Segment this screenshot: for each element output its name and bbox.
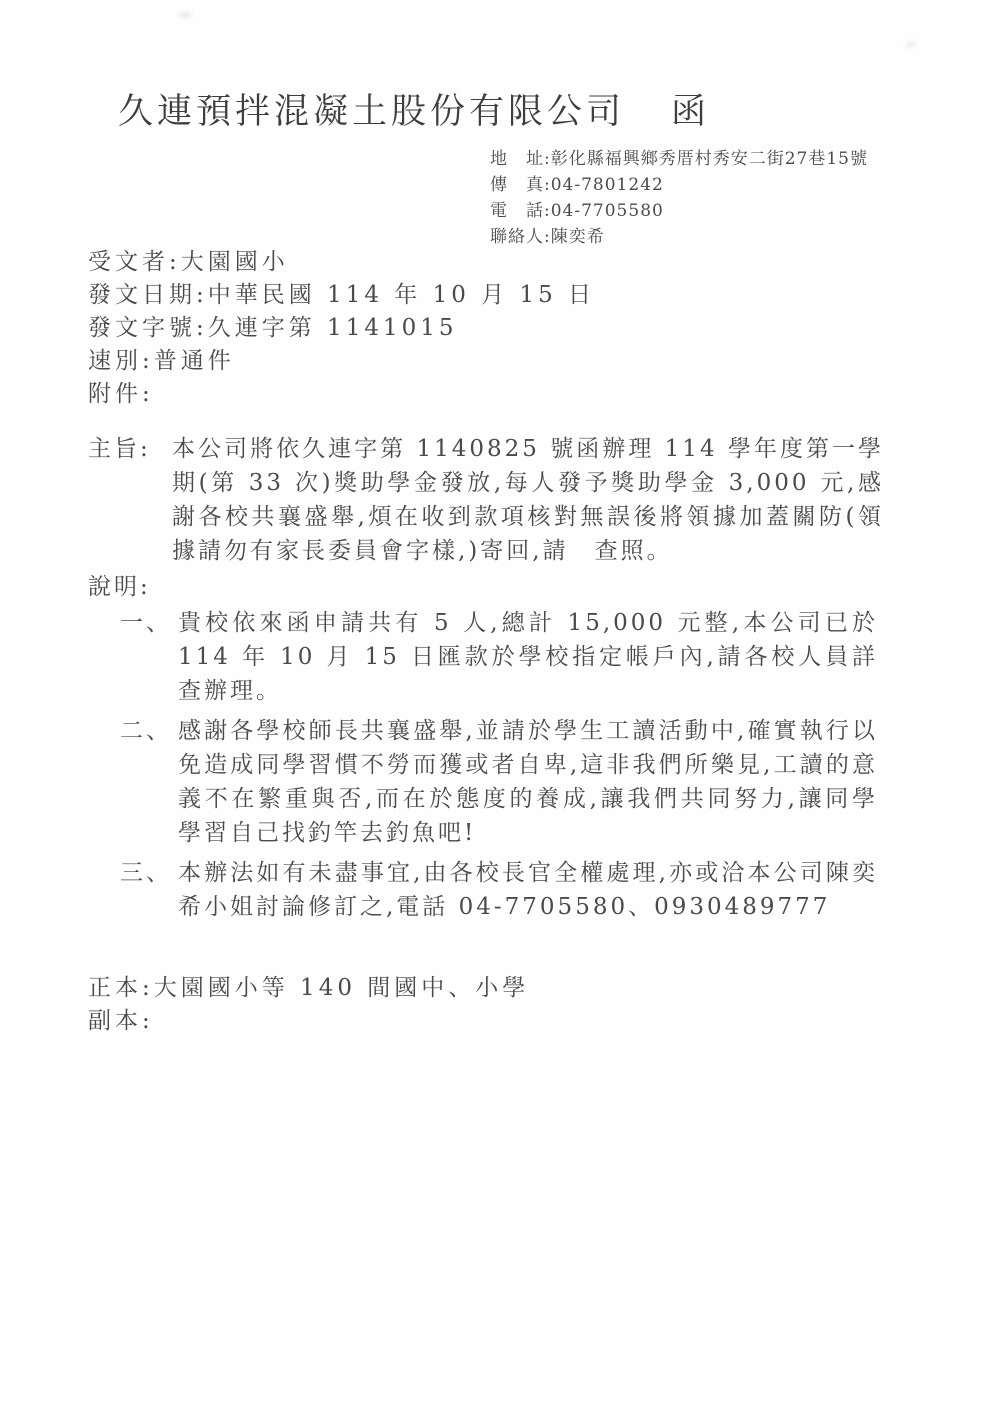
letterhead-phone-row: 電 話:04-7705580 <box>490 198 868 224</box>
original-copy-value: 大園國小等 140 間國中、小學 <box>154 975 530 1001</box>
document-title: 久連預拌混凝土股份有限公司函 <box>118 84 710 134</box>
contact-person-value: 陳奕希 <box>551 227 605 247</box>
document-meta-block: 受文者:大園國小 發文日期:中華民國 114 年 10 月 15 日 發文字號:… <box>88 246 595 411</box>
recipient-label: 受文者: <box>88 249 181 275</box>
address-label: 地 址: <box>490 146 551 172</box>
attachment-row: 附件: <box>88 378 595 411</box>
original-copy-row: 正本:大園國小等 140 間國中、小學 <box>88 972 529 1005</box>
phone-value: 04-7705580 <box>551 201 664 221</box>
letterhead-fax-row: 傳 真:04-7801242 <box>490 172 868 198</box>
list-item-2: 二、 感謝各學校師長共襄盛舉,並請於學生工讀活動中,確實執行以免造成同學習慣不勞… <box>120 714 888 850</box>
list-item-1-number: 一、 <box>120 606 178 640</box>
subject-label: 主旨: <box>88 432 172 466</box>
priority-label: 速別: <box>88 348 154 374</box>
letterhead-contact-block: 地 址:彰化縣福興鄉秀厝村秀安二街27巷15號 傳 真:04-7801242 電… <box>490 146 868 250</box>
scan-artifact <box>178 12 192 18</box>
duplicate-copy-label: 副本: <box>88 1008 154 1034</box>
scanned-letter-page: 久連預拌混凝土股份有限公司函 地 址:彰化縣福興鄉秀厝村秀安二街27巷15號 傳… <box>0 0 1000 1415</box>
issue-date-label: 發文日期: <box>88 282 208 308</box>
company-name: 久連預拌混凝土股份有限公司 <box>118 92 625 132</box>
subject-text: 本公司將依久連字第 1140825 號函辦理 114 學年度第一學期(第 33 … <box>172 432 884 568</box>
distribution-block: 正本:大園國小等 140 間國中、小學 副本: <box>88 972 529 1038</box>
recipient-value: 大園國小 <box>181 249 289 275</box>
address-value: 彰化縣福興鄉秀厝村秀安二街27巷15號 <box>551 149 868 169</box>
fax-value: 04-7801242 <box>551 175 664 195</box>
phone-label: 電 話: <box>490 198 551 224</box>
list-item-3: 三、 本辦法如有未盡事宜,由各校長官全權處理,亦或洽本公司陳奕希小姐討論修訂之,… <box>120 856 888 924</box>
fax-label: 傳 真: <box>490 172 551 198</box>
priority-value: 普通件 <box>154 348 235 374</box>
list-item-2-number: 二、 <box>120 714 178 748</box>
list-item-1: 一、 貴校依來函申請共有 5 人,總計 15,000 元整,本公司已於 114 … <box>120 606 888 708</box>
letterhead-address-row: 地 址:彰化縣福興鄉秀厝村秀安二街27巷15號 <box>490 146 868 172</box>
reference-number-label: 發文字號: <box>88 315 208 341</box>
priority-row: 速別:普通件 <box>88 345 595 378</box>
list-item-3-number: 三、 <box>120 856 178 890</box>
document-type-label: 函 <box>671 92 710 132</box>
list-item-1-text: 貴校依來函申請共有 5 人,總計 15,000 元整,本公司已於 114 年 1… <box>178 606 878 708</box>
reference-number-value: 久連字第 1141015 <box>208 315 458 341</box>
explanation-label: 說明: <box>88 570 888 604</box>
issue-date-row: 發文日期:中華民國 114 年 10 月 15 日 <box>88 279 595 312</box>
attachment-label: 附件: <box>88 381 154 407</box>
duplicate-copy-row: 副本: <box>88 1005 529 1038</box>
recipient-row: 受文者:大園國小 <box>88 246 595 279</box>
explanation-section: 說明: 一、 貴校依來函申請共有 5 人,總計 15,000 元整,本公司已於 … <box>88 570 888 930</box>
subject-section: 主旨: 本公司將依久連字第 1140825 號函辦理 114 學年度第一學期(第… <box>88 432 888 568</box>
list-item-3-text: 本辦法如有未盡事宜,由各校長官全權處理,亦或洽本公司陳奕希小姐討論修訂之,電話 … <box>178 856 878 924</box>
scan-artifact <box>906 42 916 47</box>
reference-number-row: 發文字號:久連字第 1141015 <box>88 312 595 345</box>
original-copy-label: 正本: <box>88 975 154 1001</box>
issue-date-value: 中華民國 114 年 10 月 15 日 <box>208 282 595 308</box>
list-item-2-text: 感謝各學校師長共襄盛舉,並請於學生工讀活動中,確實執行以免造成同學習慣不勞而獲或… <box>178 714 878 850</box>
